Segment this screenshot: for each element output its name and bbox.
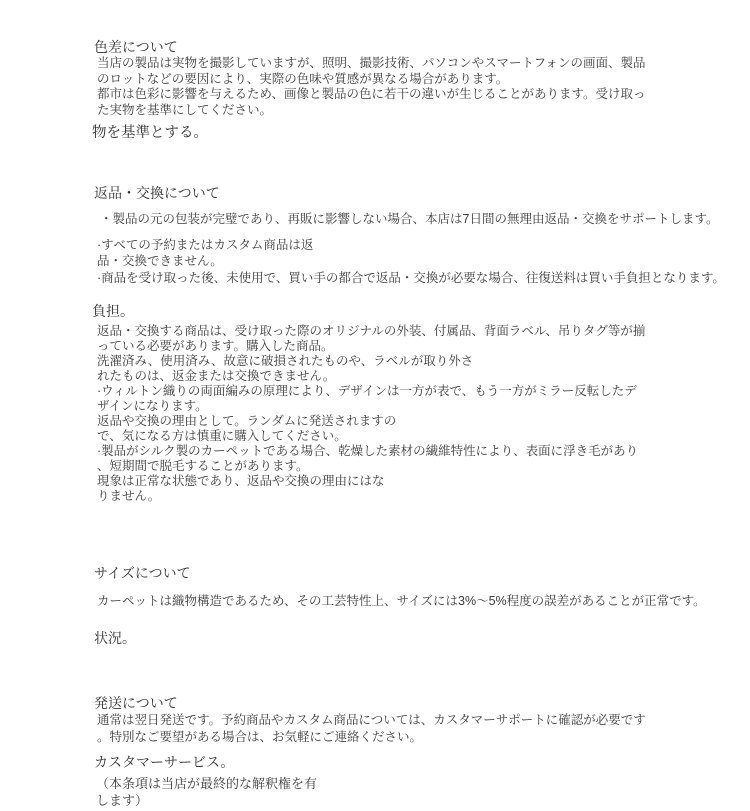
color-difference-body: 当店の製品は実物を撮影していますが、照明、撮影技術、パソコンやスマートフォンの画… xyxy=(97,56,745,118)
returns-burden-note: 負担。 xyxy=(92,302,134,320)
size-body: カーペットは織物構造であるため、その工芸特性上、サイズには3%〜5%程度の誤差が… xyxy=(97,594,745,610)
shipping-body: 通常は翌日発送です。予約商品やカスタム商品については、カスタマーサポートに確認が… xyxy=(97,712,745,745)
returns-details: 返品・交換する商品は、受け取った際のオリジナルの外装、付属品、背面ラベル、吊りタ… xyxy=(97,324,745,504)
color-difference-heading: 色差について xyxy=(94,38,178,56)
returns-exchange-heading: 返品・交換について xyxy=(94,184,220,202)
returns-policy-1: ・製品の元の包装が完璧であり、再販に影響しない場合、本店は7日間の無理由返品・交… xyxy=(100,212,748,228)
returns-policy-3: ·商品を受け取った後、未使用で、買い手の都合で返品・交換が必要な場合、往復送料は… xyxy=(97,271,745,287)
shipping-heading: 発送について xyxy=(94,694,178,712)
color-difference-note: 物を基準とする。 xyxy=(92,124,208,142)
customer-service-note: カスタマーサービス。 xyxy=(94,753,234,771)
product-policy-page: 色差について 当店の製品は実物を撮影していますが、照明、撮影技術、パソコンやスマ… xyxy=(0,0,750,811)
returns-policy-2: ·すべての予約またはカスタム商品は返 品・交換できません。 xyxy=(97,238,745,269)
final-interpretation-footnote: （本条項は当店が最終的な解釈権を有 します） xyxy=(96,776,744,809)
size-note: 状況。 xyxy=(94,629,136,647)
size-heading: サイズについて xyxy=(94,564,191,582)
